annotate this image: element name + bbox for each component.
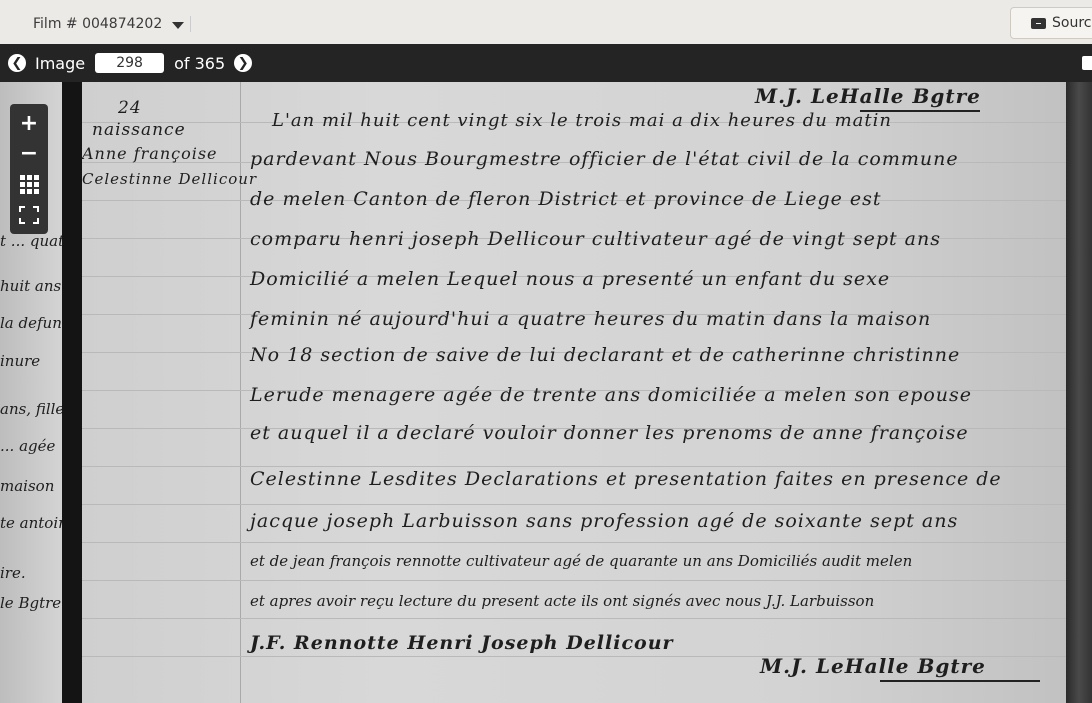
- book-gutter: [62, 82, 82, 703]
- previous-image-button[interactable]: ❮: [8, 54, 26, 72]
- ruled-line: [82, 466, 1066, 467]
- margin-note: naissance: [92, 120, 186, 140]
- record-line: feminin né aujourd'hui a quatre heures d…: [250, 308, 931, 330]
- margin-note: Anne françoise: [82, 144, 218, 163]
- source-button[interactable]: Sourc: [1010, 7, 1092, 39]
- handwriting-fragment: huit ans: [0, 277, 61, 295]
- record-line: de melen Canton de fleron District et pr…: [250, 188, 882, 210]
- ruled-line: [82, 504, 1066, 505]
- handwriting-fragment: ire.: [0, 564, 26, 582]
- zoom-out-button[interactable]: −: [14, 140, 44, 168]
- handwriting-fragment: ans, fille: [0, 400, 64, 418]
- signature-header: M.J. LeHalle Bgtre: [755, 84, 981, 108]
- margin-note: Celestinne Dellicour: [82, 170, 257, 188]
- chevron-down-icon[interactable]: [172, 22, 184, 29]
- record-line: Lerude menagere agée de trente ans domic…: [250, 384, 972, 406]
- record-line: Domicilié a melen Lequel nous a presenté…: [250, 268, 890, 290]
- minus-icon: −: [20, 141, 38, 166]
- fullscreen-icon: [19, 206, 39, 224]
- divider: [190, 16, 191, 32]
- image-navigation-bar: ❮ Image of 365 ❯: [0, 44, 1092, 82]
- record-line: pardevant Nous Bourgmestre officier de l…: [250, 148, 959, 170]
- record-line: et apres avoir reçu lecture du present a…: [250, 592, 874, 610]
- handwriting-fragment: maison: [0, 477, 54, 495]
- record-line: L'an mil huit cent vingt six le trois ma…: [272, 110, 892, 131]
- record-line: Celestinne Lesdites Declarations et pres…: [250, 468, 1002, 490]
- ruled-line: [82, 542, 1066, 543]
- record-line: et auquel il a declaré vouloir donner le…: [250, 422, 969, 444]
- signature-underline: [880, 680, 1040, 682]
- handwriting-fragment: inure: [0, 352, 40, 370]
- film-selector[interactable]: Film # 004874202: [33, 16, 191, 32]
- source-button-label: Sourc: [1052, 15, 1091, 31]
- signature-footer: M.J. LeHalle Bgtre: [760, 654, 986, 678]
- handwriting-fragment: ... agée: [0, 437, 55, 455]
- chevron-right-icon: ❯: [238, 57, 249, 70]
- zoom-in-button[interactable]: +: [14, 109, 44, 137]
- page-edge: [1066, 82, 1092, 703]
- image-number-input[interactable]: [95, 53, 164, 73]
- ruled-line: [82, 580, 1066, 581]
- record-line: et de jean françois rennotte cultivateur…: [250, 552, 912, 570]
- top-toolbar: Film # 004874202 Sourc: [0, 0, 1092, 44]
- record-number: 24: [118, 98, 142, 118]
- print-icon[interactable]: [1082, 56, 1092, 70]
- archive-box-icon: [1031, 18, 1046, 29]
- chevron-left-icon: ❮: [12, 57, 23, 70]
- grid-icon: [20, 175, 39, 194]
- zoom-controls: + −: [10, 104, 48, 234]
- record-line: comparu henri joseph Dellicour cultivate…: [250, 228, 941, 250]
- fullscreen-button[interactable]: [14, 201, 44, 229]
- next-image-button[interactable]: ❯: [234, 54, 252, 72]
- witness-signatures: J.F. Rennotte Henri Joseph Dellicour: [250, 632, 674, 654]
- record-line: No 18 section de saive de lui declarant …: [250, 344, 960, 366]
- document-image-viewer[interactable]: t ... quatre huit ans la defunte inure a…: [0, 82, 1092, 703]
- record-line: jacque joseph Larbuisson sans profession…: [250, 510, 958, 532]
- plus-icon: +: [20, 111, 38, 136]
- gallery-view-button[interactable]: [14, 170, 44, 198]
- total-images-label: of 365: [174, 54, 225, 73]
- handwriting-fragment: le Bgtre: [0, 594, 61, 612]
- ruled-line: [82, 618, 1066, 619]
- image-label: Image: [35, 54, 85, 73]
- film-number: Film # 004874202: [33, 16, 162, 32]
